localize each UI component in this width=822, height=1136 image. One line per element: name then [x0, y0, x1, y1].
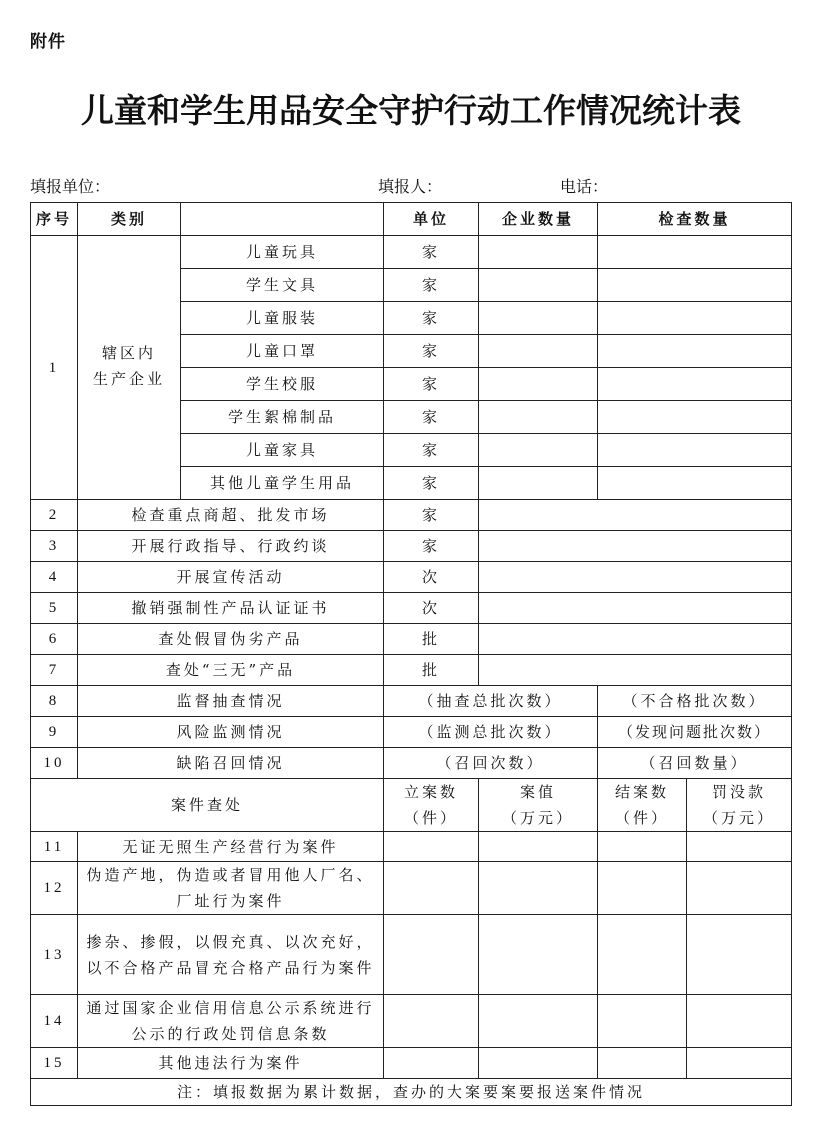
- case-col-header: 案值 （万元）: [479, 779, 598, 832]
- table-row: 7 查处“三无”产品 批: [31, 655, 792, 686]
- table-row: 12 伪造产地，伪造或者冒用他人厂名、厂址行为案件: [31, 862, 792, 915]
- inspection-count-input[interactable]: [598, 401, 792, 434]
- table-note: 注：填报数据为累计数据，查办的大案要案要报送案件情况: [31, 1079, 792, 1106]
- case-col-header: 罚没款 （万元）: [687, 779, 792, 832]
- fines-input[interactable]: [687, 1048, 792, 1079]
- category-line2: 生产企业: [78, 366, 180, 392]
- item-unit: 家: [384, 467, 479, 500]
- enterprise-count-input[interactable]: [479, 335, 598, 368]
- row-item: 检查重点商超、批发市场: [78, 500, 384, 531]
- case-col-label: 罚没款: [687, 779, 791, 805]
- row-seq: 14: [31, 995, 78, 1048]
- row-col-b[interactable]: （发现问题批次数）: [598, 717, 792, 748]
- case-header-row: 案件查处 立案数 （件） 案值 （万元） 结案数 （件） 罚没款 （万元）: [31, 779, 792, 832]
- row-value-input[interactable]: [479, 624, 792, 655]
- row-seq: 5: [31, 593, 78, 624]
- row-seq: 11: [31, 832, 78, 862]
- row-value-input[interactable]: [479, 562, 792, 593]
- enterprise-count-input[interactable]: [479, 467, 598, 500]
- phone-label: 电话：: [560, 174, 608, 197]
- reporting-unit-label: 填报单位：: [30, 174, 110, 197]
- row-unit: 家: [384, 531, 479, 562]
- row-col-a[interactable]: （召回次数）: [384, 748, 598, 779]
- category-line1: 辖区内: [78, 340, 180, 366]
- enterprise-count-input[interactable]: [479, 401, 598, 434]
- item-name: 儿童口罩: [181, 335, 384, 368]
- attachment-label: 附件: [30, 27, 66, 52]
- table-row: 14 通过国家企业信用信息公示系统进行公示的行政处罚信息条数: [31, 995, 792, 1048]
- enterprise-count-input[interactable]: [479, 434, 598, 467]
- case-value-input[interactable]: [479, 995, 598, 1048]
- col-header-seq: 序号: [31, 203, 78, 236]
- row-item: 监督抽查情况: [78, 686, 384, 717]
- case-value-input[interactable]: [479, 862, 598, 915]
- row-item: 查处假冒伪劣产品: [78, 624, 384, 655]
- statistics-table: 序号 类别 单位 企业数量 检查数量 1 辖区内 生产企业 儿童玩具 家 学生文…: [30, 202, 792, 1106]
- fines-input[interactable]: [687, 862, 792, 915]
- table-row: 6 查处假冒伪劣产品 批: [31, 624, 792, 655]
- row-col-b[interactable]: （召回数量）: [598, 748, 792, 779]
- fines-input[interactable]: [687, 832, 792, 862]
- table-row: 10 缺陷召回情况 （召回次数） （召回数量）: [31, 748, 792, 779]
- table-row: 15 其他违法行为案件: [31, 1048, 792, 1079]
- col-header-unit: 单位: [384, 203, 479, 236]
- table-row: 1 辖区内 生产企业 儿童玩具 家: [31, 236, 792, 269]
- row-value-input[interactable]: [479, 655, 792, 686]
- table-row: 9 风险监测情况 （监测总批次数） （发现问题批次数）: [31, 717, 792, 748]
- table-row: 3 开展行政指导、行政约谈 家: [31, 531, 792, 562]
- item-unit: 家: [384, 236, 479, 269]
- case-value-input[interactable]: [479, 832, 598, 862]
- inspection-count-input[interactable]: [598, 269, 792, 302]
- row-item: 查处“三无”产品: [78, 655, 384, 686]
- case-col-header: 立案数 （件）: [384, 779, 479, 832]
- item-name: 学生校服: [181, 368, 384, 401]
- row-unit: 次: [384, 562, 479, 593]
- row-seq: 6: [31, 624, 78, 655]
- row-unit: 批: [384, 624, 479, 655]
- row-seq: 1: [31, 236, 78, 500]
- col-header-blank: [181, 203, 384, 236]
- row-seq: 13: [31, 915, 78, 995]
- header-row: 序号 类别 单位 企业数量 检查数量: [31, 203, 792, 236]
- row-item: 通过国家企业信用信息公示系统进行公示的行政处罚信息条数: [78, 995, 384, 1048]
- row-unit: 次: [384, 593, 479, 624]
- item-unit: 家: [384, 368, 479, 401]
- page-title: 儿童和学生用品安全守护行动工作情况统计表: [0, 85, 822, 132]
- row-col-b[interactable]: （不合格批次数）: [598, 686, 792, 717]
- row-seq: 2: [31, 500, 78, 531]
- row-item: 其他违法行为案件: [78, 1048, 384, 1079]
- row-col-a[interactable]: （监测总批次数）: [384, 717, 598, 748]
- case-col-unit: （件）: [598, 805, 686, 831]
- inspection-count-input[interactable]: [598, 368, 792, 401]
- row-value-input[interactable]: [479, 531, 792, 562]
- table-row: 4 开展宣传活动 次: [31, 562, 792, 593]
- case-col-label: 案值: [479, 779, 597, 805]
- inspection-count-input[interactable]: [598, 335, 792, 368]
- filed-cases-input[interactable]: [384, 995, 479, 1048]
- case-col-unit: （件）: [384, 805, 478, 831]
- table-row: 8 监督抽查情况 （抽查总批次数） （不合格批次数）: [31, 686, 792, 717]
- note-row: 注：填报数据为累计数据，查办的大案要案要报送案件情况: [31, 1079, 792, 1106]
- row-seq: 10: [31, 748, 78, 779]
- row-item: 无证无照生产经营行为案件: [78, 832, 384, 862]
- table-row: 11 无证无照生产经营行为案件: [31, 832, 792, 862]
- row-item: 伪造产地，伪造或者冒用他人厂名、厂址行为案件: [78, 862, 384, 915]
- row-item: 开展行政指导、行政约谈: [78, 531, 384, 562]
- row-item: 撤销强制性产品认证证书: [78, 593, 384, 624]
- row-seq: 9: [31, 717, 78, 748]
- filed-cases-input[interactable]: [384, 1048, 479, 1079]
- table-row: 5 撤销强制性产品认证证书 次: [31, 593, 792, 624]
- item-unit: 家: [384, 434, 479, 467]
- col-header-enterprise-count: 企业数量: [479, 203, 598, 236]
- closed-cases-input[interactable]: [598, 862, 687, 915]
- closed-cases-input[interactable]: [598, 915, 687, 995]
- case-section-title: 案件查处: [31, 779, 384, 832]
- case-col-label: 结案数: [598, 779, 686, 805]
- row-seq: 7: [31, 655, 78, 686]
- table-row: 2 检查重点商超、批发市场 家: [31, 500, 792, 531]
- case-value-input[interactable]: [479, 1048, 598, 1079]
- enterprise-count-input[interactable]: [479, 236, 598, 269]
- row-value-input[interactable]: [479, 593, 792, 624]
- filed-cases-input[interactable]: [384, 862, 479, 915]
- case-value-input[interactable]: [479, 915, 598, 995]
- row-item: 缺陷召回情况: [78, 748, 384, 779]
- case-col-unit: （万元）: [479, 805, 597, 831]
- case-col-unit: （万元）: [687, 805, 791, 831]
- row-seq: 3: [31, 531, 78, 562]
- enterprise-count-input[interactable]: [479, 269, 598, 302]
- closed-cases-input[interactable]: [598, 1048, 687, 1079]
- inspection-count-input[interactable]: [598, 467, 792, 500]
- item-name: 儿童玩具: [181, 236, 384, 269]
- row-seq: 15: [31, 1048, 78, 1079]
- item-name: 儿童家具: [181, 434, 384, 467]
- filed-cases-input[interactable]: [384, 915, 479, 995]
- row-item: 风险监测情况: [78, 717, 384, 748]
- enterprise-count-input[interactable]: [479, 302, 598, 335]
- row-item: 掺杂、掺假，以假充真、以次充好，以不合格产品冒充合格产品行为案件: [78, 915, 384, 995]
- item-unit: 家: [384, 269, 479, 302]
- enterprise-count-input[interactable]: [479, 368, 598, 401]
- filed-cases-input[interactable]: [384, 832, 479, 862]
- category-cell: 辖区内 生产企业: [78, 236, 181, 500]
- col-header-category: 类别: [78, 203, 181, 236]
- item-name: 其他儿童学生用品: [181, 467, 384, 500]
- inspection-count-input[interactable]: [598, 434, 792, 467]
- reporter-label: 填报人：: [378, 174, 442, 197]
- row-unit: 批: [384, 655, 479, 686]
- row-col-a[interactable]: （抽查总批次数）: [384, 686, 598, 717]
- item-name: 学生絮棉制品: [181, 401, 384, 434]
- row-seq: 12: [31, 862, 78, 915]
- row-seq: 8: [31, 686, 78, 717]
- closed-cases-input[interactable]: [598, 832, 687, 862]
- fines-input[interactable]: [687, 915, 792, 995]
- item-name: 儿童服装: [181, 302, 384, 335]
- item-unit: 家: [384, 302, 479, 335]
- col-header-inspection-count: 检查数量: [598, 203, 792, 236]
- item-name: 学生文具: [181, 269, 384, 302]
- closed-cases-input[interactable]: [598, 995, 687, 1048]
- row-unit: 家: [384, 500, 479, 531]
- item-unit: 家: [384, 335, 479, 368]
- case-col-header: 结案数 （件）: [598, 779, 687, 832]
- fines-input[interactable]: [687, 995, 792, 1048]
- row-item: 开展宣传活动: [78, 562, 384, 593]
- row-seq: 4: [31, 562, 78, 593]
- case-col-label: 立案数: [384, 779, 478, 805]
- row-value-input[interactable]: [479, 500, 792, 531]
- table-row: 13 掺杂、掺假，以假充真、以次充好，以不合格产品冒充合格产品行为案件: [31, 915, 792, 995]
- inspection-count-input[interactable]: [598, 236, 792, 269]
- inspection-count-input[interactable]: [598, 302, 792, 335]
- item-unit: 家: [384, 401, 479, 434]
